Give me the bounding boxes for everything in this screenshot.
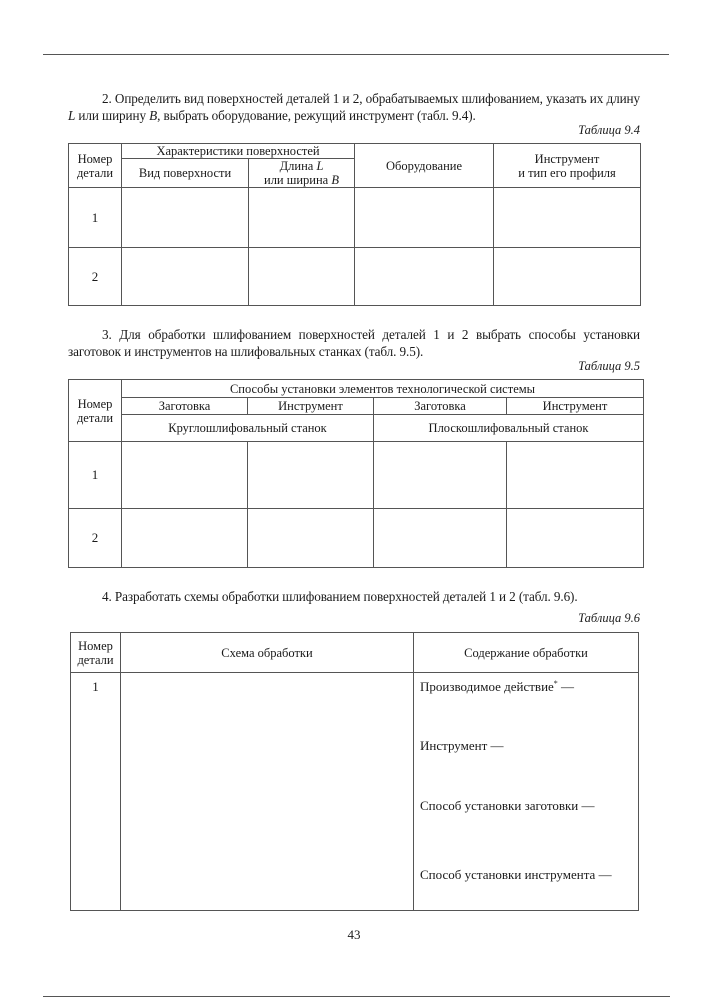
table-row: 1 [69, 442, 644, 509]
header-rule [43, 54, 669, 55]
row-number: 2 [69, 509, 122, 568]
content-item-action: Производимое действие* — [420, 679, 574, 695]
cell-length[interactable] [249, 248, 355, 306]
task2-text-a: 2. Определить вид поверхностей деталей 1… [102, 91, 640, 106]
cell[interactable] [507, 442, 644, 509]
header-scheme: Схема обработки [121, 633, 414, 673]
cell-scheme[interactable] [121, 673, 414, 911]
cell[interactable] [374, 442, 507, 509]
table-9-5-caption: Таблица 9.5 [578, 359, 640, 374]
cell-tool[interactable] [494, 248, 641, 306]
header-setup-methods: Способы установки элементов технологичес… [122, 380, 644, 398]
header-cylindrical-grinder: Круглошлифовальный станок [122, 415, 374, 442]
row-number: 1 [69, 188, 122, 248]
header-tool-flat: Инструмент [507, 398, 644, 415]
cell-surface-type[interactable] [122, 248, 249, 306]
task2-paragraph: 2. Определить вид поверхностей деталей 1… [68, 90, 640, 124]
cell[interactable] [248, 509, 374, 568]
header-length-width: Длина Lили ширина B [249, 159, 355, 188]
header-content: Содержание обработки [414, 633, 639, 673]
table-9-4-caption: Таблица 9.4 [578, 123, 640, 138]
content-item-workpiece-setup: Способ установки заготовки — [420, 798, 595, 814]
header-surface-type: Вид поверхности [122, 159, 249, 188]
table-row: 2 [69, 509, 644, 568]
footer-rule [43, 996, 670, 997]
var-b: B [149, 108, 157, 123]
table-9-5: Номердетали Способы установки элементов … [68, 379, 644, 568]
task2-text-b: или ширину [75, 108, 149, 123]
cell-equipment[interactable] [355, 248, 494, 306]
header-equipment: Оборудование [355, 144, 494, 188]
table-9-6-caption: Таблица 9.6 [578, 611, 640, 626]
table-9-4: Номердетали Характеристики поверхностей … [68, 143, 641, 306]
header-tool: Инструменти тип его профиля [494, 144, 641, 188]
task3-paragraph: 3. Для обработки шлифованием поверхносте… [68, 326, 640, 360]
task4-paragraph: 4. Разработать схемы обработки шлифовани… [68, 588, 640, 605]
row-number: 2 [69, 248, 122, 306]
cell-tool[interactable] [494, 188, 641, 248]
cell[interactable] [122, 509, 248, 568]
page-number: 43 [0, 927, 708, 943]
header-workpiece-round: Заготовка [122, 398, 248, 415]
task2-text-c: , выбрать оборудование, режущий инструме… [157, 108, 476, 123]
header-surface-grinder: Плоскошлифовальный станок [374, 415, 644, 442]
row-number: 1 [69, 442, 122, 509]
content-item-tool-setup: Способ установки инструмента — [420, 867, 612, 883]
cell-length[interactable] [249, 188, 355, 248]
table-row: 2 [69, 248, 641, 306]
cell[interactable] [374, 509, 507, 568]
header-part-number: Номердетали [69, 380, 122, 442]
header-surface-characteristics: Характеристики поверхностей [122, 144, 355, 159]
header-part-number: Номердетали [71, 633, 121, 673]
cell[interactable] [507, 509, 644, 568]
row-number: 1 [71, 673, 121, 911]
header-tool-round: Инструмент [248, 398, 374, 415]
cell-equipment[interactable] [355, 188, 494, 248]
header-workpiece-flat: Заготовка [374, 398, 507, 415]
cell-surface-type[interactable] [122, 188, 249, 248]
header-part-number: Номердетали [69, 144, 122, 188]
cell[interactable] [248, 442, 374, 509]
cell[interactable] [122, 442, 248, 509]
content-item-tool: Инструмент — [420, 738, 504, 754]
table-row: 1 [69, 188, 641, 248]
